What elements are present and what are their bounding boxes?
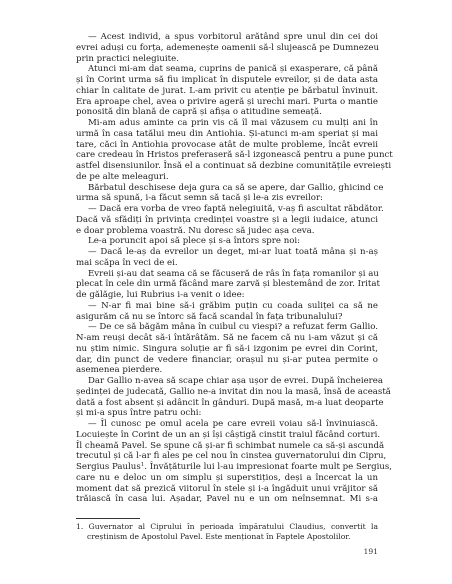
footnote-line: creștinism de Apostolul Pavel. Este menț… [76, 532, 378, 542]
text-line: — Acest individ, a spus vorbitorul arătâ… [76, 32, 378, 43]
text-line: — De ce să băgăm mâna în cuibul cu viesp… [76, 322, 378, 333]
text-line-content: N-am reuși decât să-i întărâtăm. Să ne f… [76, 333, 378, 343]
text-line-content: Sergius Paulus [76, 462, 141, 472]
footnote-line: 1. Guvernator al Ciprului în perioada îm… [76, 522, 378, 532]
footnote: 1. Guvernator al Ciprului în perioada îm… [76, 522, 378, 542]
footnote-separator [76, 518, 140, 519]
text-line-content: urmă în casa tatălui meu din Antiohia. Ș… [76, 129, 378, 139]
text-line: Bărbatul deschisese deja gura ca să se a… [76, 183, 378, 194]
text-line-content: de gălăgie, lui Rubrius i-a venit o idee… [76, 290, 245, 300]
text-line-content: Îl cheamă Pavel. Se spune că și-ar fi sc… [76, 441, 384, 451]
text-line-content: — Acest individ, a spus vorbitorul arătâ… [88, 32, 378, 42]
text-line: moment dat să prezică viitorul în stele … [76, 484, 378, 495]
text-line-content: . Învățăturile lui l-au impresionat foar… [144, 462, 392, 472]
text-line-content: ședinței de judecată, Gallio ne-a invita… [76, 387, 391, 397]
text-line-content: — Dacă era vorba de vreo faptă nelegiuit… [88, 204, 384, 214]
text-line: Dacă vă sfădiți în privința credinței vo… [76, 215, 378, 226]
text-line-content: — De ce să băgăm mâna în cuibul cu viesp… [88, 322, 378, 332]
text-line: — N-ar fi mai bine să-i grăbim puțin cu … [76, 301, 378, 312]
text-line: și mi-a spus între patru ochi: [76, 408, 378, 419]
text-line: Dar Gallio n-avea să scape chiar așa ușo… [76, 376, 378, 387]
text-line-content: Atunci mi-am dat seama, cuprins de panic… [88, 64, 378, 74]
text-line-content: evrei aduși cu forța, ademenește oamenii… [76, 43, 379, 53]
text-line-content: dată a fost absent și adâncit în gânduri… [76, 398, 384, 408]
text-line: — Dacă le-aș da evreilor un deget, mi-ar… [76, 247, 378, 258]
text-line-content: și în Corint urma să fiu implicat în dis… [76, 75, 378, 85]
text-line: Evreii și-au dat seama că se făcuseră de… [76, 269, 378, 280]
text-line: tare, căci în Antiohia provocase atât de… [76, 140, 378, 151]
text-line-content: mai scăpa în veci de ei. [76, 258, 178, 268]
text-line-content: trăiască în casa lui. Așadar, Pavel nu e… [76, 494, 378, 504]
text-line-content: Dar Gallio n-avea să scape chiar așa ușo… [88, 376, 383, 386]
text-line: — Îl cunosc pe omul acela pe care evreii… [76, 419, 378, 430]
text-line: e doar problema voastră. Nu doresc să ju… [76, 226, 378, 237]
page-number: 191 [360, 547, 378, 556]
text-line-content: de pe alte meleaguri. [76, 172, 169, 182]
text-line-content: dar, din punct de vedere financiar, oraș… [76, 355, 378, 365]
text-line: evrei aduși cu forța, ademenește oamenii… [76, 43, 378, 54]
text-line-content: — Îl cunosc pe omul acela pe care evreii… [88, 419, 378, 429]
text-line: care nu e deloc un om simplu și supersti… [76, 473, 378, 484]
text-line-content: nu știm nimic. Singura soluție ar fi să-… [76, 344, 378, 354]
text-line: astfel disensiunilor. Însă el a continua… [76, 161, 378, 172]
text-line: trecutul și că l-ar fi ales pe cel nou î… [76, 451, 378, 462]
text-line: prin practici nelegiuite. [76, 54, 378, 65]
text-line-content: Dacă vă sfădiți în privința credinței vo… [76, 215, 378, 225]
text-line-content: trecutul și că l-ar fi ales pe cel nou î… [76, 451, 386, 461]
text-line-content: urma să spună, i-a făcut semn să tacă și… [76, 193, 323, 203]
text-line-content: Evreii și-au dat seama că se făcuseră de… [88, 269, 379, 279]
text-line-content: e doar problema voastră. Nu doresc să ju… [76, 226, 315, 236]
text-line: asemenea pierdere. [76, 365, 378, 376]
text-line: Era aproape chel, avea o privire ageră ș… [76, 97, 378, 108]
text-line: trăiască în casa lui. Așadar, Pavel nu e… [76, 494, 378, 505]
text-line-content: Locuiește în Corint de un an și își câșt… [76, 430, 380, 440]
text-line-content: tare, căci în Antiohia provocase atât de… [76, 140, 378, 150]
text-line-content: Mi-am adus aminte ca prin vis că îl mai … [88, 118, 378, 128]
text-line-content: Le-a poruncit apoi să plece și s-a întor… [88, 236, 300, 246]
text-line: Le-a poruncit apoi să plece și s-a întor… [76, 236, 378, 247]
text-line-content: astfel disensiunilor. Însă el a continua… [76, 161, 391, 171]
book-page: — Acest individ, a spus vorbitorul arătâ… [0, 0, 452, 584]
text-line: — Dacă era vorba de vreo faptă nelegiuit… [76, 204, 378, 215]
text-line-content: Era aproape chel, avea o privire ageră ș… [76, 97, 378, 107]
text-line: dată a fost absent și adâncit în gânduri… [76, 398, 378, 409]
text-line: N-am reuși decât să-i întărâtăm. Să ne f… [76, 333, 378, 344]
text-line: Atunci mi-am dat seama, cuprins de panic… [76, 64, 378, 75]
text-line-content: plecat în cele din urmă făcând mare zarv… [76, 279, 380, 289]
text-line-content: — N-ar fi mai bine să-i grăbim puțin cu … [88, 301, 378, 311]
text-line: plecat în cele din urmă făcând mare zarv… [76, 279, 378, 290]
text-line-content: ponosită din blană de capră și afișa o a… [76, 107, 322, 117]
text-line: de gălăgie, lui Rubrius i-a venit o idee… [76, 290, 378, 301]
text-line: ponosită din blană de capră și afișa o a… [76, 107, 378, 118]
text-line: Îl cheamă Pavel. Se spune că și-ar fi sc… [76, 441, 378, 452]
text-line-content: Bărbatul deschisese deja gura ca să se a… [88, 183, 383, 193]
body-text: — Acest individ, a spus vorbitorul arătâ… [76, 32, 378, 505]
text-line-content: și mi-a spus între patru ochi: [76, 408, 201, 418]
text-line-content: care credeau în Hristos preferaseră să-l… [76, 150, 393, 160]
text-line-content: moment dat să prezică viitorul în stele … [76, 484, 378, 494]
text-line-content: asemenea pierdere. [76, 365, 162, 375]
text-line: și în Corint urma să fiu implicat în dis… [76, 75, 378, 86]
text-line: asigurăm că nu se întorc să facă scandal… [76, 312, 378, 323]
text-line-content: asigurăm că nu se întorc să facă scandal… [76, 312, 342, 322]
text-line-content: chiar în calitate de jurat. L-am privit … [76, 86, 378, 96]
text-line-content: care nu e deloc un om simplu și supersti… [76, 473, 378, 483]
text-line: ședinței de judecată, Gallio ne-a invita… [76, 387, 378, 398]
text-line: nu știm nimic. Singura soluție ar fi să-… [76, 344, 378, 355]
text-line: care credeau în Hristos preferaseră să-l… [76, 150, 378, 161]
text-line: urma să spună, i-a făcut semn să tacă și… [76, 193, 378, 204]
text-line: Locuiește în Corint de un an și își câșt… [76, 430, 378, 441]
text-line: mai scăpa în veci de ei. [76, 258, 378, 269]
text-line-content: — Dacă le-aș da evreilor un deget, mi-ar… [88, 247, 378, 257]
text-line: dar, din punct de vedere financiar, oraș… [76, 355, 378, 366]
text-line: Mi-am adus aminte ca prin vis că îl mai … [76, 118, 378, 129]
text-line: Sergius Paulus1. Învățăturile lui l-au i… [76, 462, 378, 473]
text-line: de pe alte meleaguri. [76, 172, 378, 183]
text-line: chiar în calitate de jurat. L-am privit … [76, 86, 378, 97]
text-line: urmă în casa tatălui meu din Antiohia. Ș… [76, 129, 378, 140]
text-line-content: prin practici nelegiuite. [76, 54, 179, 64]
